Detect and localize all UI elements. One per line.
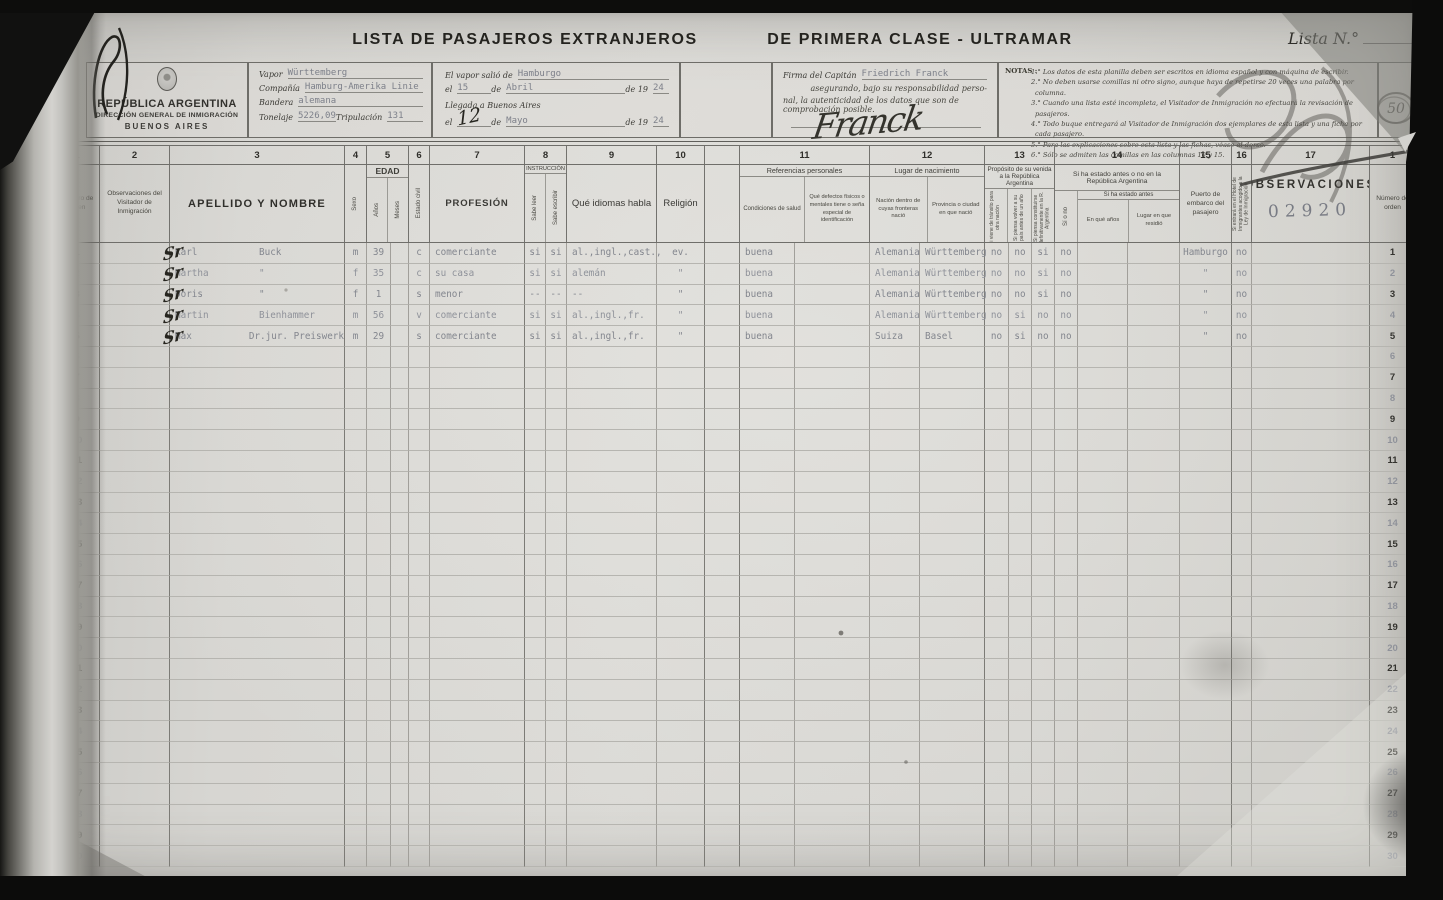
cell-volver <box>1009 597 1032 618</box>
cell-hotel <box>1232 638 1252 659</box>
cell-religion <box>657 430 705 451</box>
cell-estado-civil <box>409 701 430 722</box>
ship-block: VaporWürttemberg CompañíaHamburg-Amerika… <box>248 62 432 138</box>
cell-estado-antes <box>1055 597 1078 618</box>
cell-puerto <box>1180 763 1232 784</box>
cell-puerto <box>1180 430 1232 451</box>
cell-volver <box>1009 784 1032 805</box>
cell-radicarse <box>1032 389 1055 410</box>
cell-visitador <box>100 472 170 493</box>
cell-sabe-leer <box>525 555 546 576</box>
cell-defectos <box>795 389 870 410</box>
cell-transito <box>985 597 1009 618</box>
cell-antes-anios <box>1078 784 1128 805</box>
cell-provincia: Württemberg <box>920 243 985 264</box>
cell-provincia <box>920 825 985 846</box>
cell-volver <box>1009 409 1032 430</box>
cell-nombre <box>170 368 345 389</box>
cell-sabe-escribir <box>546 617 567 638</box>
cell-num-left: 5 <box>55 326 100 347</box>
cell-transito <box>985 721 1009 742</box>
cell-antes-lugar <box>1128 534 1180 555</box>
cell-religion <box>657 347 705 368</box>
cell-profesion <box>430 680 525 701</box>
surname: " <box>259 268 265 279</box>
cell-num-right: 9 <box>1370 409 1415 430</box>
cell-estado-antes <box>1055 555 1078 576</box>
cell-sabe-escribir <box>546 430 567 451</box>
cell-anios <box>367 805 391 826</box>
cell-puerto: " <box>1180 305 1232 326</box>
cell-volver <box>1009 742 1032 763</box>
cell-meses <box>391 451 409 472</box>
cell-transito: no <box>985 264 1009 285</box>
cell-num-left: 6 <box>55 347 100 368</box>
cell-radicarse <box>1032 555 1055 576</box>
cell-profesion <box>430 513 525 534</box>
cell-transito <box>985 493 1009 514</box>
table-row: 3 Sr Doris" f 1 s menor -- -- -- " buena… <box>55 285 1415 306</box>
cell-meses <box>391 347 409 368</box>
cell-provincia: Basel <box>920 326 985 347</box>
cell-meses <box>391 763 409 784</box>
table-row: 7 7 <box>55 368 1415 389</box>
cell-gap <box>705 472 740 493</box>
cell-volver <box>1009 368 1032 389</box>
cell-volver <box>1009 721 1032 742</box>
cell-meses <box>391 264 409 285</box>
cell-provincia <box>920 659 985 680</box>
cell-antes-anios <box>1078 347 1128 368</box>
cell-idiomas <box>567 721 657 742</box>
cell-estado-civil <box>409 534 430 555</box>
cell-estado-antes <box>1055 763 1078 784</box>
cell-num-right: 19 <box>1370 617 1415 638</box>
cell-provincia <box>920 451 985 472</box>
cell-hotel <box>1232 534 1252 555</box>
header-transito: Si viene de tránsito para otra nación <box>990 190 1002 242</box>
cell-estado-civil <box>409 409 430 430</box>
cell-estado-civil <box>409 680 430 701</box>
cell-sabe-leer: -- <box>525 285 546 306</box>
cell-sabe-leer <box>525 368 546 389</box>
cell-estado-civil: v <box>409 305 430 326</box>
table-row: 17 17 <box>55 576 1415 597</box>
cell-religion <box>657 451 705 472</box>
cell-nombre <box>170 825 345 846</box>
cell-antes-anios <box>1078 285 1128 306</box>
cell-gap <box>705 451 740 472</box>
cell-estado-antes: no <box>1055 264 1078 285</box>
cell-radicarse <box>1032 493 1055 514</box>
cell-observaciones <box>1252 825 1370 846</box>
cell-volver <box>1009 638 1032 659</box>
cell-defectos <box>795 597 870 618</box>
cell-radicarse <box>1032 763 1055 784</box>
cell-defectos <box>795 659 870 680</box>
cell-nombre <box>170 555 345 576</box>
cell-nombre <box>170 846 345 867</box>
cell-anios <box>367 347 391 368</box>
cell-antes-lugar <box>1128 638 1180 659</box>
cell-anios <box>367 825 391 846</box>
table-row: 4 Sr MartinBienhammer m 56 v comerciante… <box>55 305 1415 326</box>
cell-sabe-escribir: -- <box>546 285 567 306</box>
cell-transito <box>985 742 1009 763</box>
cell-anios <box>367 742 391 763</box>
cell-anios <box>367 617 391 638</box>
cell-num-right: 11 <box>1370 451 1415 472</box>
cell-transito <box>985 680 1009 701</box>
cell-hotel <box>1232 472 1252 493</box>
cell-profesion <box>430 409 525 430</box>
cell-num-right: 26 <box>1370 763 1415 784</box>
cell-idiomas: al.,ingl.,fr. <box>567 326 657 347</box>
cell-anios <box>367 451 391 472</box>
table-row: 22 22 <box>55 680 1415 701</box>
cell-hotel <box>1232 451 1252 472</box>
col-num: 1 <box>55 146 100 164</box>
cell-visitador <box>100 617 170 638</box>
cell-meses <box>391 409 409 430</box>
cell-volver <box>1009 617 1032 638</box>
cell-provincia <box>920 409 985 430</box>
cell-sabe-escribir: si <box>546 326 567 347</box>
cell-num-left: 27 <box>55 784 100 805</box>
cell-sabe-leer <box>525 430 546 451</box>
cell-sabe-escribir <box>546 701 567 722</box>
cell-religion <box>657 638 705 659</box>
cell-observaciones <box>1252 285 1370 306</box>
cell-transito <box>985 576 1009 597</box>
header-num-right: Número de orden <box>1370 195 1415 213</box>
col-num: 3 <box>170 146 345 164</box>
lista-number-label: Lista N.° <box>1288 29 1359 48</box>
cell-num-right: 13 <box>1370 493 1415 514</box>
cell-nombre <box>170 617 345 638</box>
cell-puerto: " <box>1180 285 1232 306</box>
cell-sabe-leer <box>525 638 546 659</box>
salio-puerto: Hamburgo <box>518 69 669 80</box>
compania-value: Hamburg-Amerika Linie <box>305 82 423 93</box>
cell-sabe-escribir <box>546 763 567 784</box>
cell-nacion <box>870 534 920 555</box>
cell-num-right: 17 <box>1370 576 1415 597</box>
cell-sabe-leer <box>525 701 546 722</box>
cell-antes-anios <box>1078 846 1128 867</box>
cell-sexo <box>345 784 367 805</box>
cell-idiomas <box>567 368 657 389</box>
cell-antes-anios <box>1078 555 1128 576</box>
cell-meses <box>391 430 409 451</box>
cell-sabe-leer <box>525 451 546 472</box>
cell-religion: " <box>657 264 705 285</box>
cell-antes-lugar <box>1128 701 1180 722</box>
cell-anios <box>367 368 391 389</box>
cell-meses <box>391 493 409 514</box>
cell-salud <box>740 493 795 514</box>
cell-observaciones <box>1252 576 1370 597</box>
cell-num-left: 9 <box>55 409 100 430</box>
cell-gap <box>705 243 740 264</box>
cell-sabe-escribir <box>546 576 567 597</box>
cell-antes-anios <box>1078 264 1128 285</box>
cell-hotel <box>1232 597 1252 618</box>
cell-antes-lugar <box>1128 805 1180 826</box>
cell-observaciones <box>1252 326 1370 347</box>
cell-observaciones <box>1252 617 1370 638</box>
cell-salud <box>740 576 795 597</box>
cell-visitador <box>100 742 170 763</box>
cell-num-left: 26 <box>55 763 100 784</box>
cell-sabe-escribir: si <box>546 264 567 285</box>
cell-transito: no <box>985 243 1009 264</box>
cell-sabe-escribir: si <box>546 305 567 326</box>
cell-hotel <box>1232 805 1252 826</box>
cell-volver: no <box>1009 264 1032 285</box>
cell-nombre: KarlBuck <box>170 243 345 264</box>
table-row: 9 9 <box>55 409 1415 430</box>
cell-sabe-escribir <box>546 513 567 534</box>
header-salud: Condiciones de salud <box>743 205 800 213</box>
cell-defectos <box>795 617 870 638</box>
cell-profesion <box>430 555 525 576</box>
cell-hotel <box>1232 409 1252 430</box>
cell-num-left: 11 <box>55 451 100 472</box>
cell-nacion <box>870 825 920 846</box>
cell-idiomas <box>567 389 657 410</box>
cell-transito <box>985 451 1009 472</box>
de19-label: de 19 <box>625 85 648 94</box>
salio-dia: 15 <box>457 83 491 94</box>
cell-radicarse: si <box>1032 264 1055 285</box>
cell-hotel <box>1232 389 1252 410</box>
cell-sabe-leer <box>525 763 546 784</box>
cell-visitador <box>100 638 170 659</box>
cell-estado-antes <box>1055 846 1078 867</box>
cell-defectos <box>795 638 870 659</box>
cell-salud <box>740 763 795 784</box>
cell-salud: buena <box>740 285 795 306</box>
cell-sabe-leer <box>525 534 546 555</box>
cell-profesion: su casa <box>430 264 525 285</box>
cell-num-right: 15 <box>1370 534 1415 555</box>
cell-profesion <box>430 451 525 472</box>
cell-estado-antes <box>1055 617 1078 638</box>
cell-transito <box>985 846 1009 867</box>
coat-of-arms-icon <box>157 67 177 91</box>
cell-num-left: 29 <box>55 825 100 846</box>
cell-defectos <box>795 701 870 722</box>
table-row: 16 16 <box>55 555 1415 576</box>
cell-sabe-escribir <box>546 784 567 805</box>
header-anios: Años <box>374 203 381 217</box>
cell-nacion <box>870 617 920 638</box>
surname: Buck <box>259 247 281 258</box>
cell-num-right: 28 <box>1370 805 1415 826</box>
cell-profesion <box>430 638 525 659</box>
cell-sexo: m <box>345 326 367 347</box>
cell-religion <box>657 576 705 597</box>
table-row: 5 Sr MaxDr.jur. Preiswerk m 29 s comerci… <box>55 326 1415 347</box>
cell-estado-civil <box>409 617 430 638</box>
cell-antes-lugar <box>1128 305 1180 326</box>
scanned-document-photo: LISTA DE PASAJEROS EXTRANJEROS DE PRIMER… <box>0 0 1443 900</box>
header-instruccion: INSTRUCCIÓN <box>525 165 566 174</box>
cell-salud <box>740 701 795 722</box>
cell-sabe-leer <box>525 389 546 410</box>
cell-provincia <box>920 472 985 493</box>
table-row: 1 Sr KarlBuck m 39 c comerciante si si a… <box>55 243 1415 264</box>
cell-hotel: no <box>1232 264 1252 285</box>
cell-sexo <box>345 680 367 701</box>
cell-observaciones <box>1252 472 1370 493</box>
cell-estado-antes <box>1055 805 1078 826</box>
agency-city: BUENOS AIRES <box>87 122 247 131</box>
cell-meses <box>391 389 409 410</box>
cell-nacion: Suiza <box>870 326 920 347</box>
cell-religion <box>657 513 705 534</box>
cell-antes-lugar <box>1128 285 1180 306</box>
cell-visitador <box>100 763 170 784</box>
cell-num-right: 5 <box>1370 326 1415 347</box>
cell-num-right: 23 <box>1370 701 1415 722</box>
cell-antes-anios <box>1078 576 1128 597</box>
cell-observaciones <box>1252 721 1370 742</box>
cell-provincia <box>920 638 985 659</box>
cell-religion <box>657 534 705 555</box>
cell-religion <box>657 805 705 826</box>
cell-observaciones <box>1252 701 1370 722</box>
cell-transito <box>985 555 1009 576</box>
cell-sexo <box>345 659 367 680</box>
cell-idiomas <box>567 680 657 701</box>
cell-radicarse <box>1032 701 1055 722</box>
cell-anios <box>367 846 391 867</box>
cell-meses <box>391 701 409 722</box>
cell-nombre <box>170 597 345 618</box>
cell-antes-anios <box>1078 763 1128 784</box>
cell-estado-antes <box>1055 784 1078 805</box>
cell-salud <box>740 389 795 410</box>
cell-transito <box>985 347 1009 368</box>
cell-antes-anios <box>1078 243 1128 264</box>
col-num: 16 <box>1232 146 1252 164</box>
cell-sexo <box>345 846 367 867</box>
cell-num-left: 4 <box>55 305 100 326</box>
table-row: 12 12 <box>55 472 1415 493</box>
cell-sexo <box>345 721 367 742</box>
cell-idiomas <box>567 763 657 784</box>
cell-visitador <box>100 389 170 410</box>
cell-estado-civil <box>409 721 430 742</box>
cell-defectos <box>795 534 870 555</box>
cell-puerto <box>1180 805 1232 826</box>
cell-nombre <box>170 534 345 555</box>
cell-profesion: menor <box>430 285 525 306</box>
cell-volver <box>1009 805 1032 826</box>
cell-defectos <box>795 264 870 285</box>
cell-anios: 39 <box>367 243 391 264</box>
cell-estado-civil <box>409 659 430 680</box>
cell-sexo <box>345 597 367 618</box>
cell-gap <box>705 576 740 597</box>
cell-gap <box>705 721 740 742</box>
cell-num-right: 4 <box>1370 305 1415 326</box>
cell-meses <box>391 825 409 846</box>
cell-transito: no <box>985 326 1009 347</box>
page-mark-cell <box>1378 62 1414 138</box>
cell-profesion: comerciante <box>430 243 525 264</box>
cell-profesion <box>430 472 525 493</box>
cell-defectos <box>795 305 870 326</box>
cell-antes-lugar <box>1128 576 1180 597</box>
cell-estado-civil: s <box>409 285 430 306</box>
cell-nombre <box>170 742 345 763</box>
cell-salud <box>740 347 795 368</box>
cell-radicarse: si <box>1032 285 1055 306</box>
vapor-label: Vapor <box>259 70 283 79</box>
cell-hotel <box>1232 617 1252 638</box>
cell-antes-lugar <box>1128 472 1180 493</box>
cell-meses <box>391 680 409 701</box>
cell-antes-anios <box>1078 409 1128 430</box>
cell-volver <box>1009 763 1032 784</box>
cell-meses <box>391 368 409 389</box>
cell-defectos <box>795 680 870 701</box>
lista-number-field: Lista N.° <box>1288 29 1425 48</box>
cell-volver <box>1009 451 1032 472</box>
cell-radicarse <box>1032 597 1055 618</box>
cell-visitador <box>100 784 170 805</box>
cell-profesion <box>430 347 525 368</box>
cell-num-right: 30 <box>1370 846 1415 867</box>
cell-puerto <box>1180 721 1232 742</box>
cell-idiomas <box>567 534 657 555</box>
nota-item-2: 2.° No deben usarse comillas ni otro sig… <box>1005 77 1371 98</box>
cell-defectos <box>795 451 870 472</box>
cell-sabe-leer: si <box>525 305 546 326</box>
cell-radicarse <box>1032 846 1055 867</box>
cell-anios <box>367 763 391 784</box>
cell-estado-civil: c <box>409 243 430 264</box>
cell-sabe-leer <box>525 742 546 763</box>
cell-antes-anios <box>1078 326 1128 347</box>
cell-visitador <box>100 701 170 722</box>
cell-defectos <box>795 472 870 493</box>
header-gap-column <box>705 165 740 242</box>
nota-item-3: 3.° Cuando una lista esté incompleta, el… <box>1005 98 1371 119</box>
cell-radicarse <box>1032 513 1055 534</box>
cell-idiomas: al.,ingl.,cast., <box>567 243 657 264</box>
cell-volver <box>1009 825 1032 846</box>
cell-transito <box>985 368 1009 389</box>
cell-puerto <box>1180 680 1232 701</box>
cell-anios <box>367 389 391 410</box>
cell-hotel: no <box>1232 285 1252 306</box>
cell-nacion: Alemania <box>870 305 920 326</box>
header-puerto: Puerto de embarco del pasajero <box>1180 190 1231 218</box>
cell-antes-anios <box>1078 597 1128 618</box>
cell-num-left: 8 <box>55 389 100 410</box>
cell-num-left: 19 <box>55 617 100 638</box>
cell-transito <box>985 638 1009 659</box>
notas-label: NOTAS : <box>1005 67 1037 75</box>
cell-num-left: 14 <box>55 513 100 534</box>
cell-nombre <box>170 763 345 784</box>
serial-number-stamp: 02920 <box>1268 200 1353 222</box>
cell-sabe-escribir <box>546 825 567 846</box>
